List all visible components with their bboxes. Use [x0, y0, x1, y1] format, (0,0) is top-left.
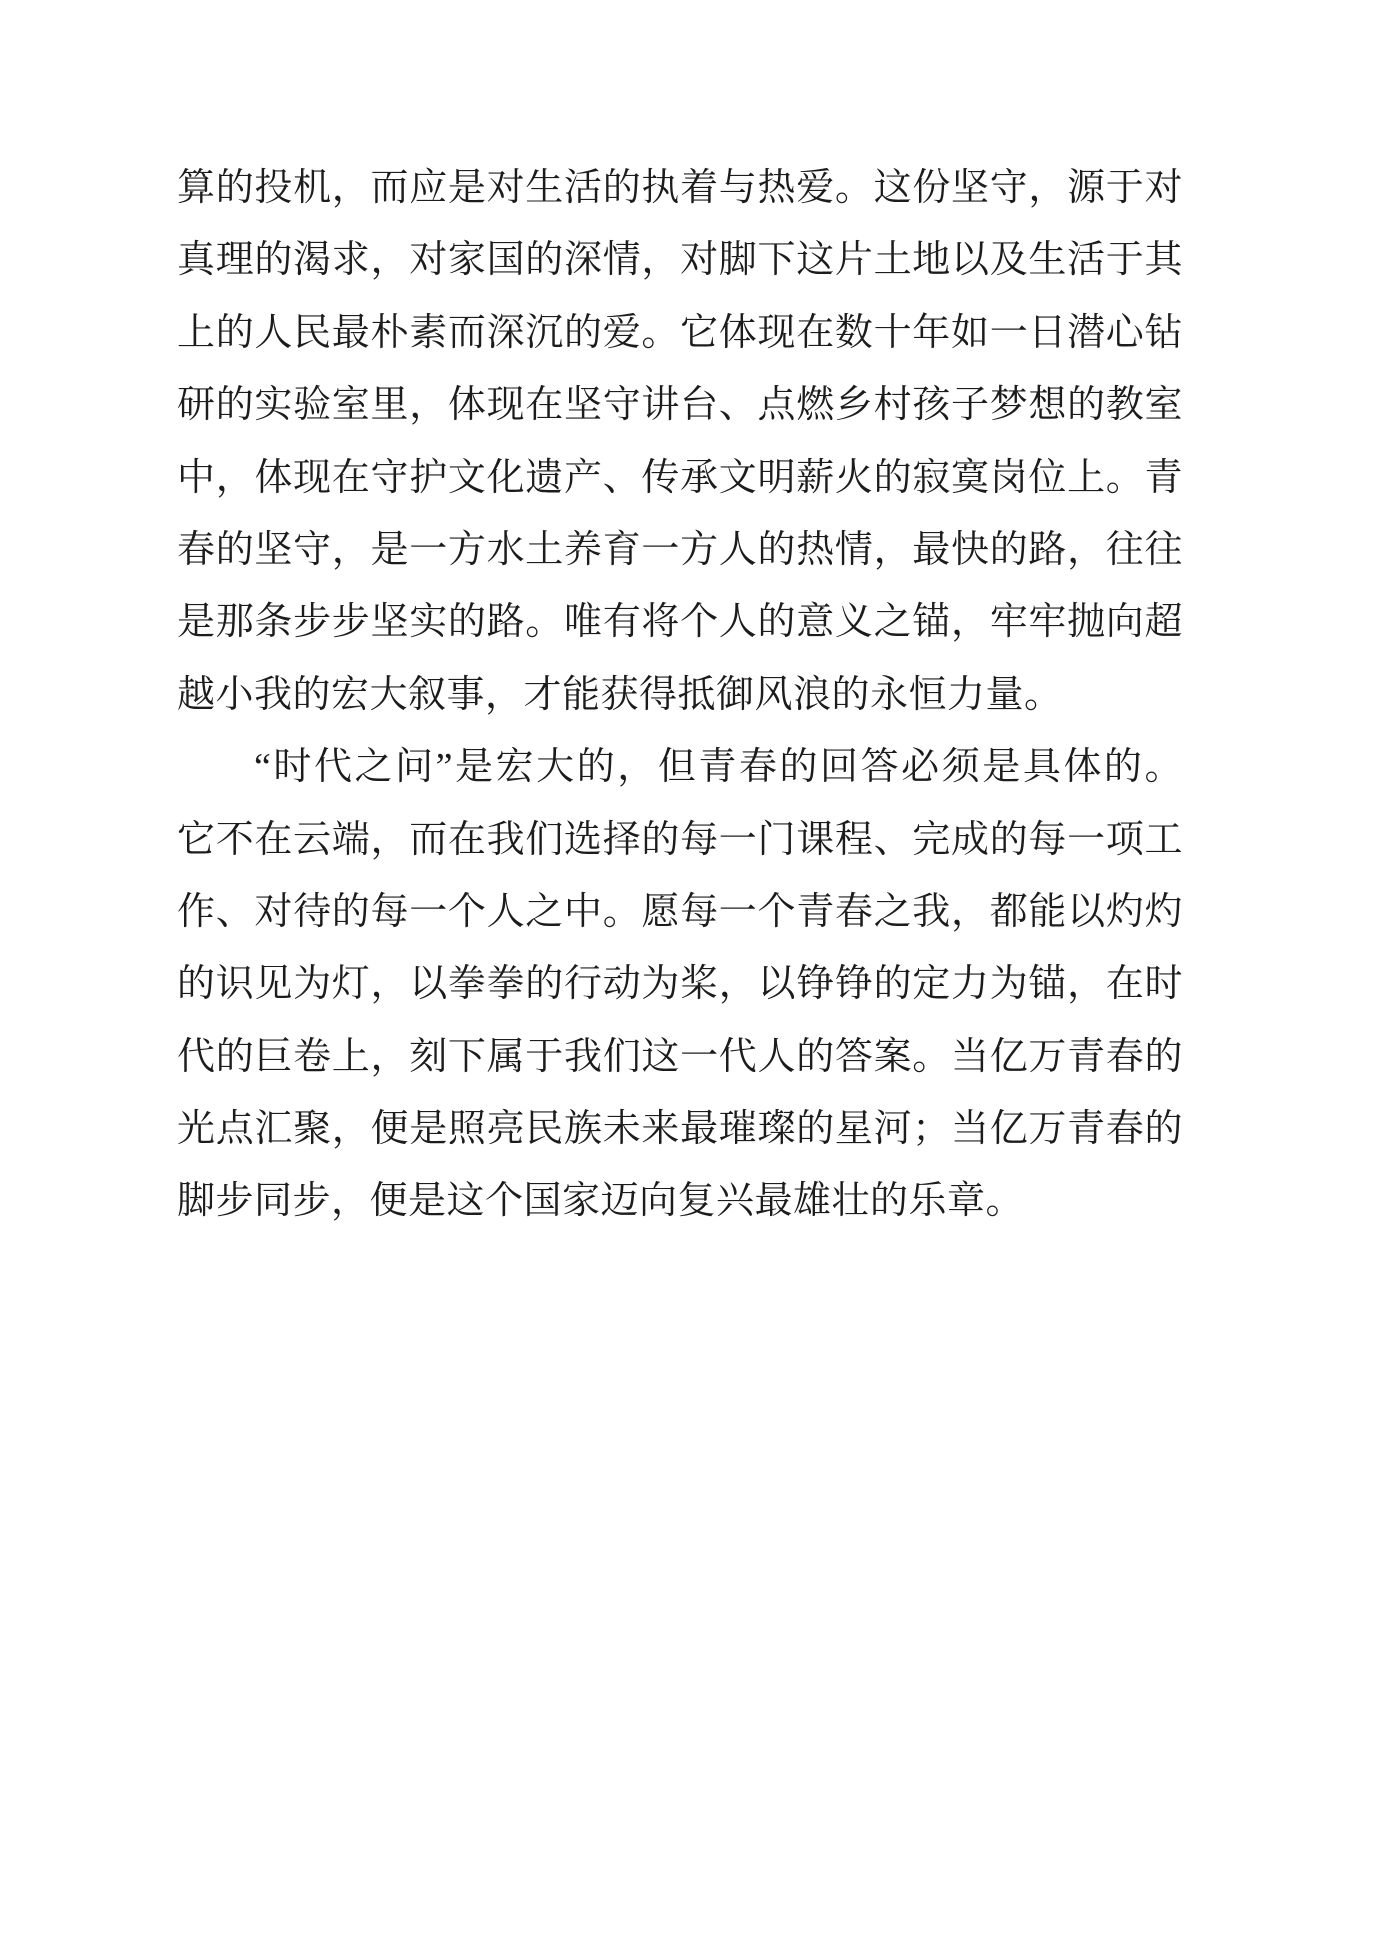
- paragraph-1-line-5: 中，体现在守护文化遗产、传承文明薪火的寂寞岗位上。青: [177, 442, 1183, 514]
- paragraph-2-line-2: 它不在云端，而在我们选择的每一门课程、完成的每一项工: [177, 804, 1183, 876]
- paragraph-1-line-2: 真理的渴求，对家国的深情，对脚下这片土地以及生活于其: [177, 224, 1183, 296]
- paragraph-2-line-4: 的识见为灯，以拳拳的行动为桨，以铮铮的定力为锚，在时: [177, 948, 1183, 1020]
- paragraph-1-line-7: 是那条步步坚实的路。唯有将个人的意义之锚，牢牢抛向超: [177, 586, 1183, 658]
- document-page: 算的投机，而应是对生活的执着与热爱。这份坚守，源于对真理的渴求，对家国的深情，对…: [0, 0, 1382, 1956]
- paragraph-1-line-3: 上的人民最朴素而深沉的爱。它体现在数十年如一日潜心钻: [177, 297, 1183, 369]
- paragraph-2-line-7: 脚步同步，便是这个国家迈向复兴最雄壮的乐章。: [177, 1165, 1183, 1237]
- paragraph-1-line-6: 春的坚守，是一方水土养育一方人的热情，最快的路，往往: [177, 514, 1183, 586]
- paragraph-2-line-5: 代的巨卷上，刻下属于我们这一代人的答案。当亿万青春的: [177, 1021, 1183, 1093]
- paragraph-2-line-6: 光点汇聚，便是照亮民族未来最璀璨的星河；当亿万青春的: [177, 1093, 1183, 1165]
- paragraph-1-line-1: 算的投机，而应是对生活的执着与热爱。这份坚守，源于对: [177, 152, 1183, 224]
- paragraph-1-line-4: 研的实验室里，体现在坚守讲台、点燃乡村孩子梦想的教室: [177, 369, 1183, 441]
- paragraph-2-line-3: 作、对待的每一个人之中。愿每一个青春之我，都能以灼灼: [177, 876, 1183, 948]
- paragraph-2-line-1: “时代之问”是宏大的，但青春的回答必须是具体的。: [177, 731, 1183, 803]
- paragraph-1-line-8: 越小我的宏大叙事，才能获得抵御风浪的永恒力量。: [177, 659, 1183, 731]
- document-text-block: 算的投机，而应是对生活的执着与热爱。这份坚守，源于对真理的渴求，对家国的深情，对…: [177, 152, 1183, 1238]
